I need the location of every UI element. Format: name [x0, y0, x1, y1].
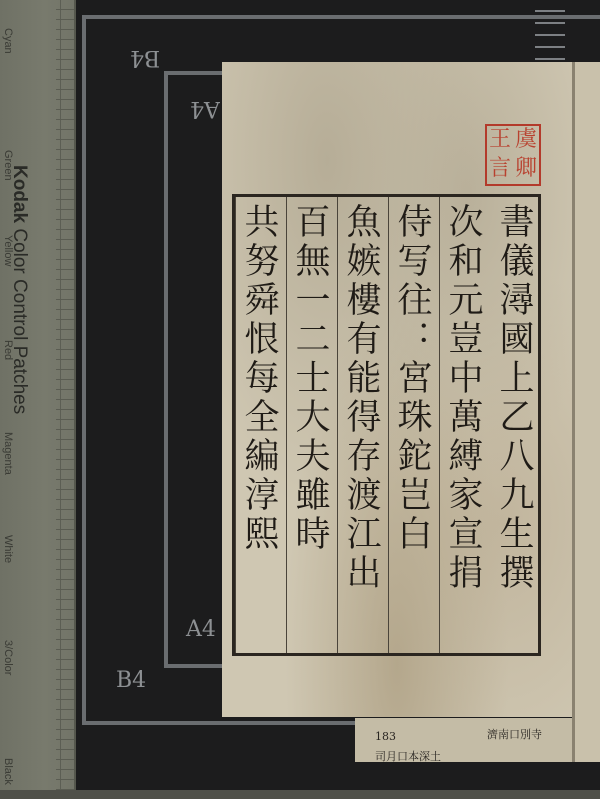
scale-marks: [535, 0, 565, 62]
red-seal-stamp: 王 虞 言 卿: [485, 124, 541, 186]
bottom-ruler-strip: [0, 790, 600, 799]
patch-label: Cyan: [2, 28, 14, 54]
seal-char: 虞: [513, 126, 539, 155]
catalog-slip: 183 濟南口別寺 司月口本深土: [355, 718, 572, 762]
slip-line-a: 濟南口別寺: [487, 726, 542, 742]
ruler-title: Kodak Color Control Patches: [8, 165, 30, 414]
text-column: 書儀潯國上乙八九生撰: [490, 197, 538, 653]
text-column: 百無一二士大夫雖時: [286, 197, 334, 653]
text-column: 侍写往：宮珠鉈岂白: [388, 197, 436, 653]
patch-label: Green: [2, 150, 14, 181]
patch-label: 3/Color: [2, 640, 14, 675]
slip-line-b: 司月口本深土: [375, 748, 441, 764]
ruler-ticks: [56, 0, 74, 790]
a4-label-top: A4: [190, 96, 220, 121]
patch-label: Red: [2, 340, 14, 360]
a4-label-bottom: A4: [186, 617, 216, 642]
b4-label-top: B4: [130, 45, 160, 70]
text-column: 共努舜恨每全編淳熙: [235, 197, 283, 653]
color-control-ruler: Kodak Color Control Patches Cyan Green Y…: [0, 0, 76, 790]
slip-number: 183: [375, 730, 396, 743]
text-block-frame: 書儀潯國上乙八九生撰 次和元豈中萬縛家宣捐 侍写往：宮珠鉈岂白 魚嫉樓有能得存渡…: [232, 194, 541, 656]
patch-label: White: [2, 535, 14, 563]
adjacent-page-edge: [572, 62, 600, 762]
patch-label: Yellow: [2, 235, 14, 266]
patch-label: Black: [2, 758, 14, 785]
text-column: 魚嫉樓有能得存渡江出: [337, 197, 385, 653]
seal-char: 言: [487, 155, 513, 184]
text-column: 次和元豈中萬縛家宣捐: [439, 197, 487, 653]
b4-label-bottom: B4: [116, 668, 146, 693]
patch-label: Magenta: [2, 432, 14, 475]
seal-char: 王: [487, 126, 513, 155]
seal-char: 卿: [513, 155, 539, 184]
